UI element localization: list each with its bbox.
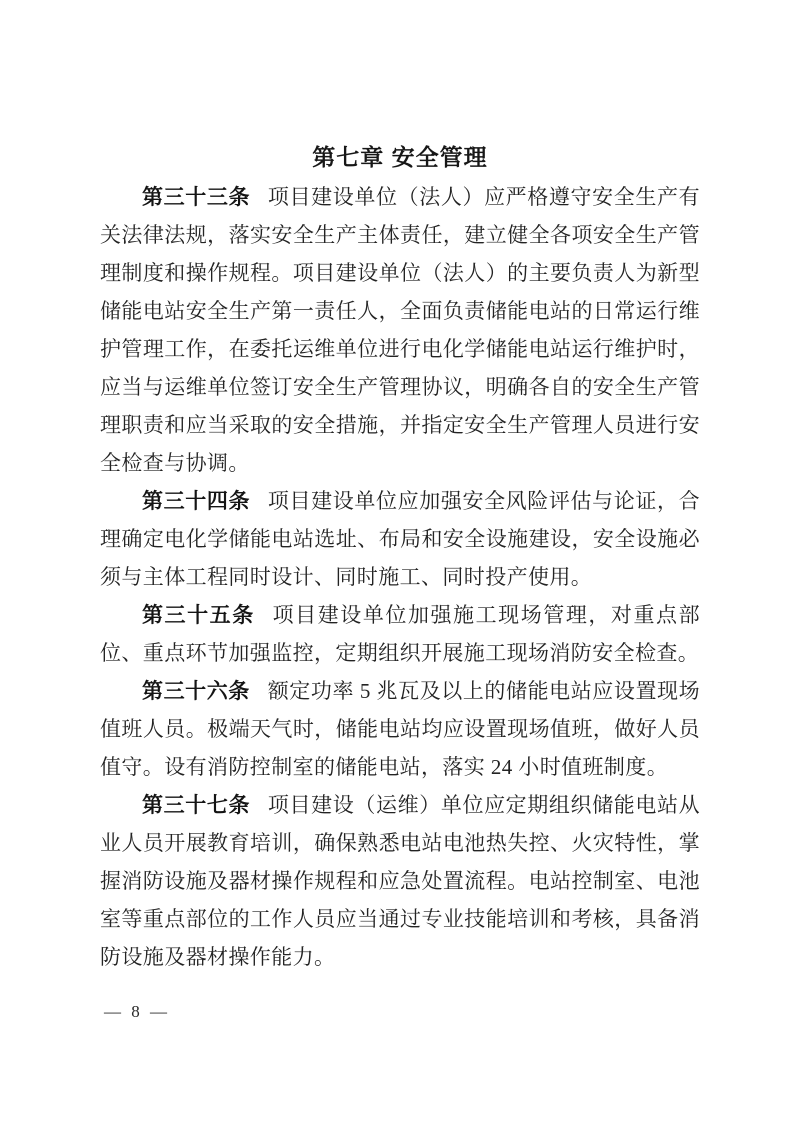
article-33-paragraph: 第三十三条项目建设单位（法人）应严格遵守安全生产有关法律法规，落实安全生产主体责… xyxy=(100,178,700,482)
article-35-paragraph: 第三十五条项目建设单位加强施工现场管理，对重点部位、重点环节加强监控，定期组织开… xyxy=(100,596,700,672)
article-35-number: 第三十五条 xyxy=(142,603,255,627)
article-34-paragraph: 第三十四条项目建设单位应加强安全风险评估与论证，合理确定电化学储能电站选址、布局… xyxy=(100,482,700,596)
article-33-number: 第三十三条 xyxy=(142,185,250,209)
article-37-paragraph: 第三十七条项目建设（运维）单位应定期组织储能电站从业人员开展教育培训，确保熟悉电… xyxy=(100,786,700,976)
article-37-text: 项目建设（运维）单位应定期组织储能电站从业人员开展教育培训，确保熟悉电站电池热失… xyxy=(100,793,700,969)
page-number: — 8 — xyxy=(104,1002,700,1022)
article-36-paragraph: 第三十六条额定功率 5 兆瓦及以上的储能电站应设置现场值班人员。极端天气时，储能… xyxy=(100,672,700,786)
chapter-title: 第七章 安全管理 xyxy=(100,142,700,172)
article-34-number: 第三十四条 xyxy=(142,489,250,513)
document-page: 第七章 安全管理 第三十三条项目建设单位（法人）应严格遵守安全生产有关法律法规，… xyxy=(0,0,794,1123)
article-36-number: 第三十六条 xyxy=(142,679,250,703)
article-37-number: 第三十七条 xyxy=(142,793,250,817)
document-body: 第三十三条项目建设单位（法人）应严格遵守安全生产有关法律法规，落实安全生产主体责… xyxy=(100,178,700,976)
article-33-text: 项目建设单位（法人）应严格遵守安全生产有关法律法规，落实安全生产主体责任，建立健… xyxy=(100,185,700,475)
